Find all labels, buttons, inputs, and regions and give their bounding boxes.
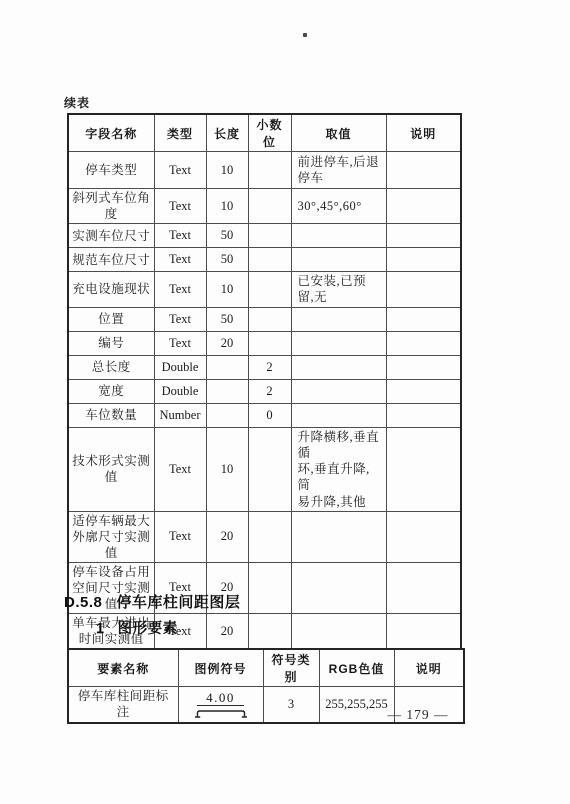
cell-value xyxy=(291,379,386,403)
section-number: D.5.8 xyxy=(64,594,102,611)
table-row: 宽度 Double 2 xyxy=(68,379,461,403)
cell-decimals xyxy=(248,331,291,355)
ink-speck xyxy=(303,33,307,37)
section-title: 停车库柱间距图层 xyxy=(116,594,240,611)
cell-decimals xyxy=(248,307,291,331)
cell-decimals xyxy=(248,562,291,613)
cell-decimals: 2 xyxy=(248,355,291,379)
table-row: 规范车位尺寸 Text 50 xyxy=(68,248,461,272)
cell-length: 20 xyxy=(206,613,248,649)
cell-value xyxy=(291,403,386,427)
cell-decimals xyxy=(248,272,291,308)
cell-type: Double xyxy=(154,355,206,379)
col-header-type: 类型 xyxy=(154,114,206,152)
continued-table-label: 续表 xyxy=(64,94,90,111)
cell-field-name: 位置 xyxy=(68,307,154,331)
cell-note xyxy=(386,511,461,562)
cell-note xyxy=(386,152,461,189)
dimension-bracket-icon xyxy=(195,708,247,718)
cell-note xyxy=(386,307,461,331)
cell-field-name: 实测车位尺寸 xyxy=(68,224,154,248)
subsection-heading: 1图形要素 xyxy=(96,617,178,638)
cell-type: Number xyxy=(154,403,206,427)
cell-length: 10 xyxy=(206,427,248,511)
cell-length: 10 xyxy=(206,152,248,189)
cell-value xyxy=(291,248,386,272)
cell-value: 已安装,已预留,无 xyxy=(291,272,386,308)
cell-note xyxy=(386,403,461,427)
col-header-legend-symbol: 图例符号 xyxy=(178,649,263,687)
cell-type: Text xyxy=(154,511,206,562)
cell-type: Text xyxy=(154,152,206,189)
cell-decimals: 0 xyxy=(248,403,291,427)
table-row: 实测车位尺寸 Text 50 xyxy=(68,224,461,248)
cell-length: 10 xyxy=(206,272,248,308)
table-row: 技术形式实测值 Text 10 升降横移,垂直循 环,垂直升降,简 易升降,其他 xyxy=(68,427,461,511)
col-header-symbol-type: 符号类别 xyxy=(263,649,319,687)
cell-value: 30°,45°,60° xyxy=(291,189,386,224)
table-row: 编号 Text 20 xyxy=(68,331,461,355)
cell-note xyxy=(386,189,461,224)
cell-field-name: 充电设施现状 xyxy=(68,272,154,308)
cell-length: 20 xyxy=(206,511,248,562)
section-heading: D.5.8停车库柱间距图层 xyxy=(64,591,240,612)
col-header-element-name: 要素名称 xyxy=(68,649,178,687)
cell-value: 升降横移,垂直循 环,垂直升降,简 易升降,其他 xyxy=(291,427,386,511)
cell-element-name: 停车库柱间距标注 xyxy=(68,687,178,723)
col-header-value: 取值 xyxy=(291,114,386,152)
dimension-annotation-symbol: 4.00 xyxy=(195,691,247,718)
col-header-field-name: 字段名称 xyxy=(68,114,154,152)
cell-decimals xyxy=(248,224,291,248)
col-header-rgb: RGB色值 xyxy=(319,649,394,687)
col-header-note: 说明 xyxy=(386,114,461,152)
table-row: 停车类型 Text 10 前进停车,后退 停车 xyxy=(68,152,461,189)
cell-value xyxy=(291,307,386,331)
table-row: 斜列式车位角度 Text 10 30°,45°,60° xyxy=(68,189,461,224)
cell-note xyxy=(386,427,461,511)
cell-decimals xyxy=(248,152,291,189)
col-header-note: 说明 xyxy=(394,649,464,687)
cell-field-name: 车位数量 xyxy=(68,403,154,427)
table-row: 位置 Text 50 xyxy=(68,307,461,331)
cell-value xyxy=(291,355,386,379)
col-header-decimals: 小数位 xyxy=(248,114,291,152)
cell-note xyxy=(386,224,461,248)
cell-value: 前进停车,后退 停车 xyxy=(291,152,386,189)
cell-decimals xyxy=(248,613,291,649)
cell-value xyxy=(291,562,386,613)
cell-type: Text xyxy=(154,427,206,511)
dimension-value-label: 4.00 xyxy=(197,691,244,706)
cell-field-name: 停车类型 xyxy=(68,152,154,189)
cell-field-name: 总长度 xyxy=(68,355,154,379)
cell-symbol-type: 3 xyxy=(263,687,319,723)
cell-type: Text xyxy=(154,248,206,272)
cell-type: Double xyxy=(154,379,206,403)
col-header-length: 长度 xyxy=(206,114,248,152)
cell-field-name: 适停车辆最大 外廓尺寸实测值 xyxy=(68,511,154,562)
cell-value xyxy=(291,511,386,562)
cell-type: Text xyxy=(154,224,206,248)
cell-decimals xyxy=(248,427,291,511)
cell-decimals: 2 xyxy=(248,379,291,403)
table-row: 充电设施现状 Text 10 已安装,已预留,无 xyxy=(68,272,461,308)
subsection-title: 图形要素 xyxy=(118,621,178,637)
cell-field-name: 技术形式实测值 xyxy=(68,427,154,511)
cell-note xyxy=(386,562,461,613)
subsection-number: 1 xyxy=(96,621,105,637)
header-row: 字段名称 类型 长度 小数位 取值 说明 xyxy=(68,114,461,152)
page-number: — 179 — xyxy=(378,707,458,723)
cell-note xyxy=(386,272,461,308)
cell-type: Text xyxy=(154,307,206,331)
cell-field-name: 编号 xyxy=(68,331,154,355)
cell-decimals xyxy=(248,248,291,272)
cell-type: Text xyxy=(154,272,206,308)
cell-value xyxy=(291,613,386,649)
cell-decimals xyxy=(248,189,291,224)
cell-length xyxy=(206,355,248,379)
cell-length: 50 xyxy=(206,248,248,272)
table-row: 总长度 Double 2 xyxy=(68,355,461,379)
cell-legend-symbol: 4.00 xyxy=(178,687,263,723)
table-row: 车位数量 Number 0 xyxy=(68,403,461,427)
cell-note xyxy=(386,379,461,403)
cell-type: Text xyxy=(154,189,206,224)
cell-length: 50 xyxy=(206,307,248,331)
cell-length: 10 xyxy=(206,189,248,224)
table-row: 适停车辆最大 外廓尺寸实测值 Text 20 xyxy=(68,511,461,562)
cell-length: 50 xyxy=(206,224,248,248)
cell-note xyxy=(386,331,461,355)
cell-field-name: 宽度 xyxy=(68,379,154,403)
header-row: 要素名称 图例符号 符号类别 RGB色值 说明 xyxy=(68,649,464,687)
cell-value xyxy=(291,331,386,355)
document-page: 续表 字段名称 类型 长度 小数位 取值 说明 停车类型 Text 10 前进停… xyxy=(0,0,570,804)
cell-note xyxy=(386,248,461,272)
cell-field-name: 规范车位尺寸 xyxy=(68,248,154,272)
cell-decimals xyxy=(248,511,291,562)
cell-note xyxy=(386,355,461,379)
cell-length xyxy=(206,403,248,427)
cell-field-name: 斜列式车位角度 xyxy=(68,189,154,224)
cell-value xyxy=(291,224,386,248)
cell-note xyxy=(386,613,461,649)
cell-type: Text xyxy=(154,331,206,355)
cell-length xyxy=(206,379,248,403)
cell-length: 20 xyxy=(206,331,248,355)
